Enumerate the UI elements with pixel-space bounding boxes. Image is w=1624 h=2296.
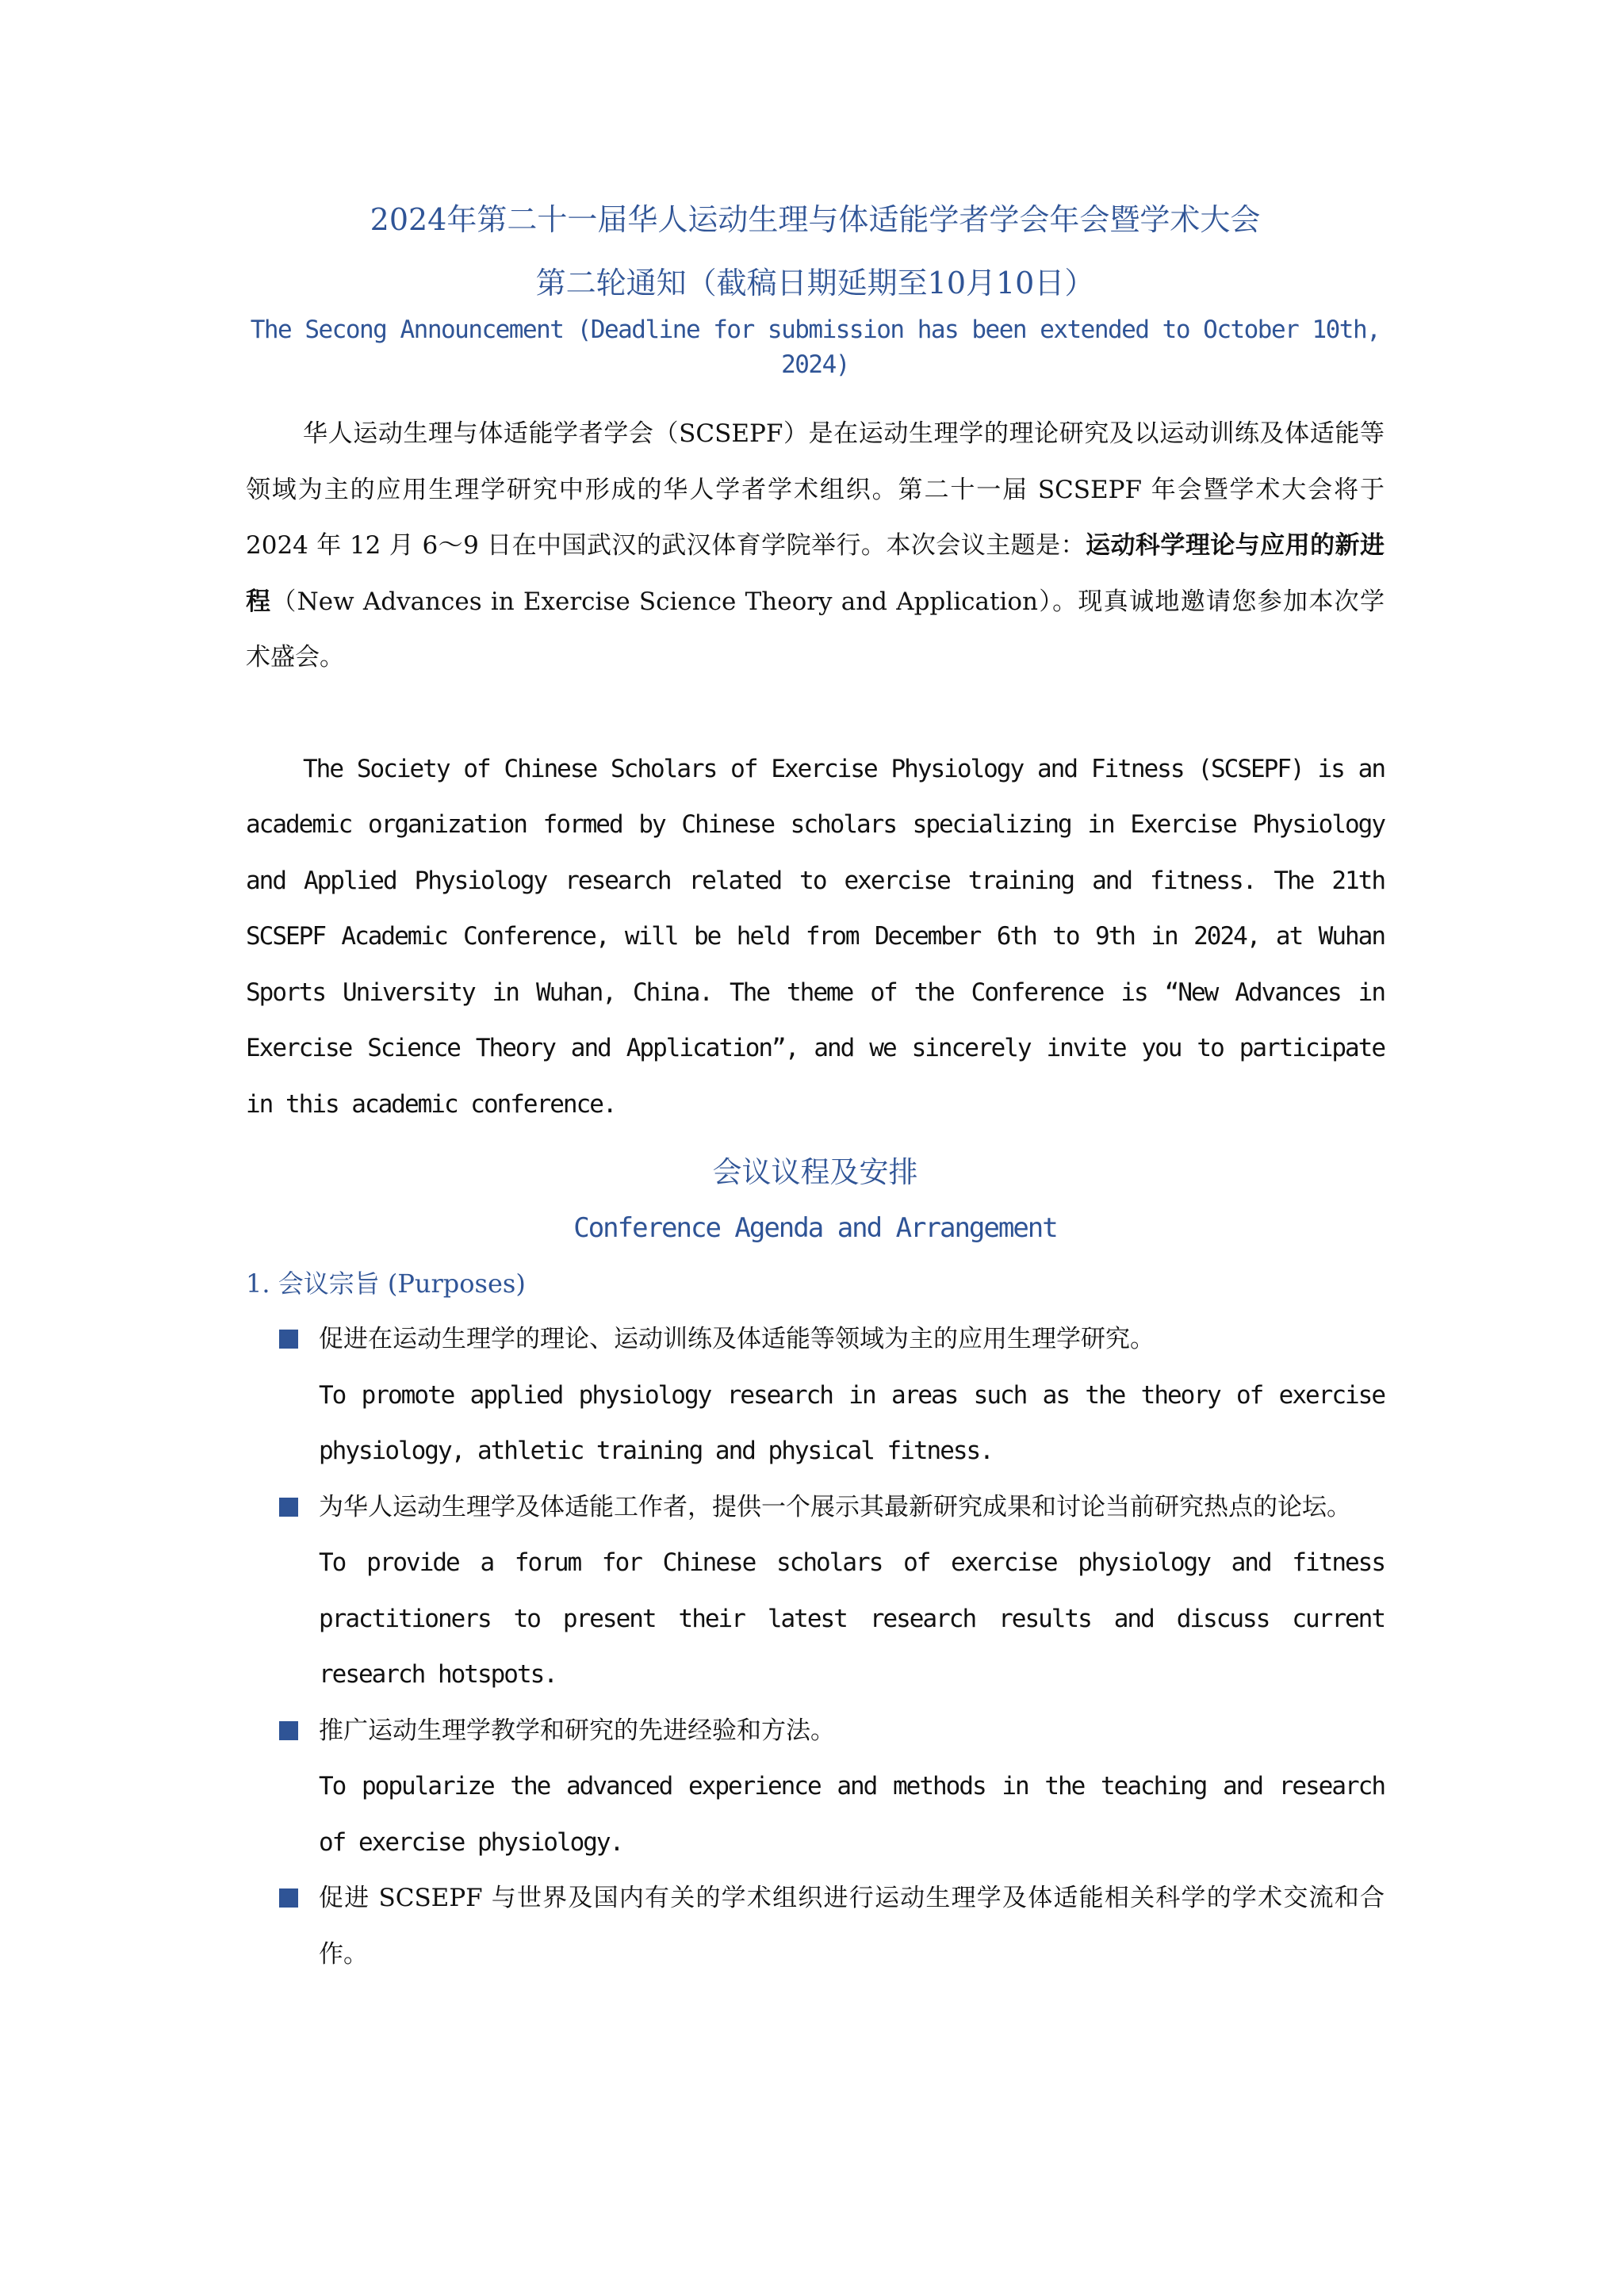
purpose-en: To provide a forum for Chinese scholars … [319, 1535, 1385, 1703]
square-bullet-icon [279, 1498, 298, 1517]
purpose-en: To popularize the advanced experience an… [319, 1758, 1385, 1870]
purpose-item: 为华人运动生理学及体适能工作者，提供一个展示其最新研究成果和讨论当前研究热点的论… [246, 1479, 1385, 1703]
intro-paragraph-en: The Society of Chinese Scholars of Exerc… [246, 741, 1385, 1133]
title-cn-line2: 第二轮通知（截稿日期延期至10月10日） [246, 254, 1385, 312]
purpose-cn: 为华人运动生理学及体适能工作者，提供一个展示其最新研究成果和讨论当前研究热点的论… [319, 1479, 1385, 1536]
title-en-line2: 2024) [246, 347, 1385, 382]
intro-cn-text-after: （New Advances in Exercise Science Theory… [246, 587, 1385, 672]
title-en-line1: The Secong Announcement (Deadline for su… [246, 312, 1385, 347]
purpose-cn: 促进 SCSEPF 与世界及国内有关的学术组织进行运动生理学及体适能相关科学的学… [319, 1870, 1385, 1982]
purpose-cn: 促进在运动生理学的理论、运动训练及体适能等领域为主的应用生理学研究。 [319, 1311, 1385, 1368]
purpose-cn: 推广运动生理学教学和研究的先进经验和方法。 [319, 1703, 1385, 1759]
title-cn-line1: 2024年第二十一届华人运动生理与体适能学者学会年会暨学术大会 [246, 190, 1385, 249]
agenda-heading-cn: 会议议程及安排 [246, 1145, 1385, 1200]
purpose-en: To promote applied physiology research i… [319, 1368, 1385, 1479]
intro-paragraph-cn: 华人运动生理与体适能学者学会（SCSEPF）是在运动生理学的理论研究及以运动训练… [246, 406, 1385, 686]
purpose-item: 促进在运动生理学的理论、运动训练及体适能等领域为主的应用生理学研究。 To pr… [246, 1311, 1385, 1479]
square-bullet-icon [279, 1888, 298, 1908]
section-heading-purposes: 1. 会议宗旨 (Purposes) [246, 1256, 1385, 1311]
agenda-heading-en: Conference Agenda and Arrangement [246, 1200, 1385, 1256]
purpose-item: 推广运动生理学教学和研究的先进经验和方法。 To popularize the … [246, 1703, 1385, 1871]
document-page: 2024年第二十一届华人运动生理与体适能学者学会年会暨学术大会 第二轮通知（截稿… [246, 190, 1385, 1982]
purpose-item: 促进 SCSEPF 与世界及国内有关的学术组织进行运动生理学及体适能相关科学的学… [246, 1870, 1385, 1982]
square-bullet-icon [279, 1721, 298, 1740]
square-bullet-icon [279, 1330, 298, 1349]
